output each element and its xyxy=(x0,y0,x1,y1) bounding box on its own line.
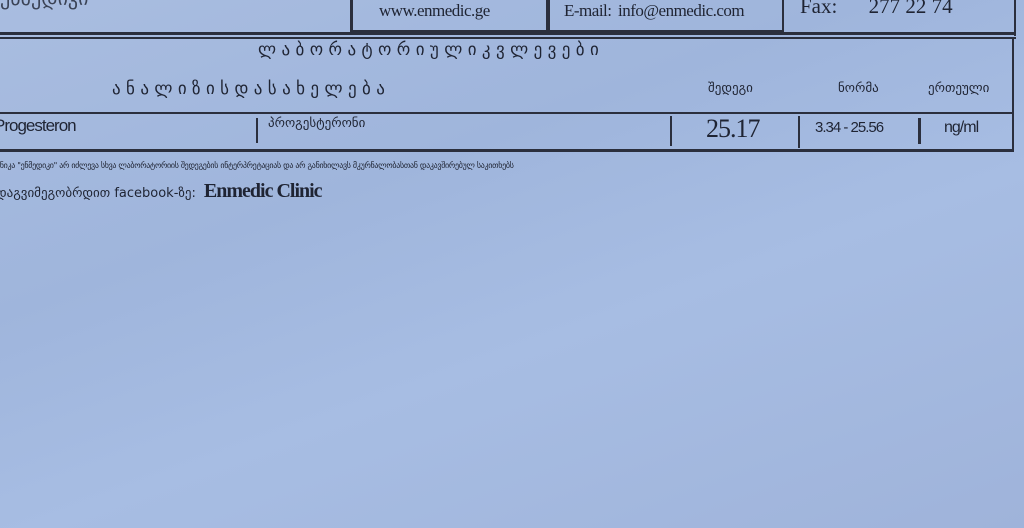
email-link[interactable]: info@enmedic.com xyxy=(618,1,744,21)
email-box: E-mail: info@enmedic.com xyxy=(548,0,784,32)
fax-block: Fax: 277 22 74 xyxy=(800,0,953,19)
right-border-top xyxy=(1014,0,1016,36)
header-rule-2 xyxy=(0,37,1016,39)
table-bottom-rule xyxy=(0,149,1014,152)
clinic-logo-text: ენმედიკი xyxy=(0,0,88,10)
header-row-rule xyxy=(0,112,1013,114)
header-rule-1 xyxy=(0,32,1016,35)
disclaimer-text: ანიკა "ენმედიკი" არ იძლევა სხვა ლაბორატო… xyxy=(0,161,514,170)
fax-label: Fax: xyxy=(800,0,837,18)
column-header-unit: ერთეული xyxy=(928,81,989,96)
facebook-line: დაგვიმეგობრდით facebook-ზე: Enmedic Clin… xyxy=(0,180,322,203)
column-header-result: შედეგი xyxy=(708,81,753,96)
email-label: E-mail: xyxy=(564,1,611,21)
col-divider-2 xyxy=(670,116,672,146)
website-link[interactable]: www.enmedic.ge xyxy=(379,1,490,21)
col-divider-3 xyxy=(798,116,800,148)
fax-number: 277 22 74 xyxy=(869,0,953,18)
unit: ng/ml xyxy=(944,119,978,137)
analysis-name-en: Progesteron xyxy=(0,116,76,136)
col-divider-4 xyxy=(918,118,921,144)
facebook-page-name[interactable]: Enmedic Clinic xyxy=(204,180,322,202)
column-header-norm: ნორმა xyxy=(838,81,879,96)
website-box: www.enmedic.ge xyxy=(353,0,548,32)
result-value: 25.17 xyxy=(706,114,760,144)
col-divider-1 xyxy=(256,118,258,143)
analysis-name-ka: პროგესტერონი xyxy=(268,116,365,131)
section-title: ლ ა ბ ო რ ა ტ ო რ ი უ ლ ი კ ვ ლ ე ვ ე ბ … xyxy=(258,40,599,60)
table-right-border xyxy=(1012,38,1014,151)
column-header-analysis-name: ა ნ ა ლ ი ზ ი ს დ ა ს ა ხ ე ლ ე ბ ა xyxy=(112,79,385,99)
reference-range: 3.34 - 25.56 xyxy=(815,119,883,136)
facebook-prefix: დაგვიმეგობრდით facebook-ზე: xyxy=(0,186,196,201)
